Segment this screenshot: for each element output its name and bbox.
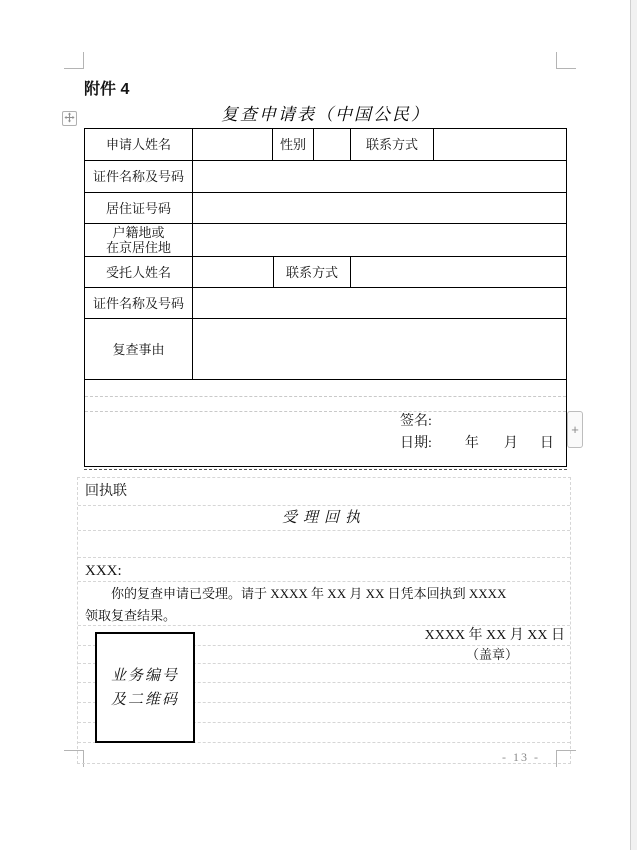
input-id-doc-2[interactable] xyxy=(193,288,566,318)
qr-box-line2: 及二维码 xyxy=(111,688,179,712)
label-residence-permit: 居住证号码 xyxy=(85,193,193,223)
table-row: 复查事由 xyxy=(85,319,566,380)
application-form-table: 申请人姓名 性别 联系方式 证件名称及号码 居住证号码 户籍地或 在京居住地 受… xyxy=(84,128,567,467)
label-id-doc-1: 证件名称及号码 xyxy=(85,161,193,192)
signature-block: 签名: 日期:年月日 xyxy=(400,411,554,455)
page-number: - 13 - xyxy=(486,750,556,765)
background-strip xyxy=(631,0,637,850)
receipt-body-line1: 你的复查申请已受理。请于 XXXX 年 XX 月 XX 日凭本回执到 XXXX xyxy=(85,583,570,605)
input-trustee-name[interactable] xyxy=(193,257,274,287)
blank-line xyxy=(78,531,570,558)
crop-mark-top-left xyxy=(64,52,84,69)
table-row: 证件名称及号码 xyxy=(85,161,566,193)
table-row: 居住证号码 xyxy=(85,193,566,224)
input-id-doc-1[interactable] xyxy=(193,161,566,192)
label-registry-line1: 户籍地或 xyxy=(112,225,164,240)
table-row: 户籍地或 在京居住地 xyxy=(85,224,566,257)
label-gender: 性别 xyxy=(273,129,314,160)
table-row: 受托人姓名 联系方式 xyxy=(85,257,566,288)
input-contact-2[interactable] xyxy=(351,257,566,287)
label-trustee-name: 受托人姓名 xyxy=(85,257,193,287)
signature-cell[interactable]: 签名: 日期:年月日 xyxy=(85,380,566,466)
plus-icon: + xyxy=(571,422,579,437)
crop-mark-top-right xyxy=(556,52,576,69)
receipt-section-label: 回执联 xyxy=(78,478,570,506)
receipt-body-paragraph: 你的复查申请已受理。请于 XXXX 年 XX 月 XX 日凭本回执到 XXXX … xyxy=(78,582,570,626)
label-review-reason: 复查事由 xyxy=(85,319,193,379)
label-contact-1: 联系方式 xyxy=(351,129,434,160)
table-row: 证件名称及号码 xyxy=(85,288,566,319)
receipt-title: 受理回执 xyxy=(78,506,570,531)
month-label: 月 xyxy=(504,436,518,451)
label-registry: 户籍地或 在京居住地 xyxy=(85,224,193,256)
input-review-reason[interactable] xyxy=(193,319,566,379)
hidden-gridline xyxy=(85,396,566,397)
input-registry[interactable] xyxy=(193,224,566,256)
input-contact-1[interactable] xyxy=(434,129,566,160)
input-residence-permit[interactable] xyxy=(193,193,566,223)
qr-box-line1: 业务编号 xyxy=(111,664,179,688)
receipt-body-line2: 领取复查结果。 xyxy=(85,605,570,627)
input-applicant-name[interactable] xyxy=(193,129,273,160)
year-label: 年 xyxy=(465,436,479,451)
label-registry-line2: 在京居住地 xyxy=(106,240,171,255)
label-applicant-name: 申请人姓名 xyxy=(85,129,193,160)
table-row-signature: 签名: 日期:年月日 xyxy=(85,380,566,466)
section-cut-line xyxy=(84,469,567,470)
table-row: 申请人姓名 性别 联系方式 xyxy=(85,129,566,161)
table-resize-handle[interactable]: + xyxy=(567,411,583,448)
signature-label: 签名: xyxy=(400,414,432,429)
receipt-salutation: XXX: xyxy=(78,558,570,582)
day-label: 日 xyxy=(540,436,554,451)
label-id-doc-2: 证件名称及号码 xyxy=(85,288,193,318)
date-label: 日期: xyxy=(400,436,432,451)
form-title: 复查申请表（中国公民） xyxy=(84,100,567,125)
attachment-heading: 附件 4 xyxy=(84,76,129,99)
input-gender[interactable] xyxy=(314,129,351,160)
qr-code-box: 业务编号 及二维码 xyxy=(95,632,195,743)
label-contact-2: 联系方式 xyxy=(274,257,351,287)
table-move-handle[interactable] xyxy=(62,111,77,126)
move-icon xyxy=(64,110,75,128)
document-page: 附件 4 复查申请表（中国公民） 申请人姓名 性别 联系方式 证件名称及号码 居… xyxy=(0,0,637,850)
